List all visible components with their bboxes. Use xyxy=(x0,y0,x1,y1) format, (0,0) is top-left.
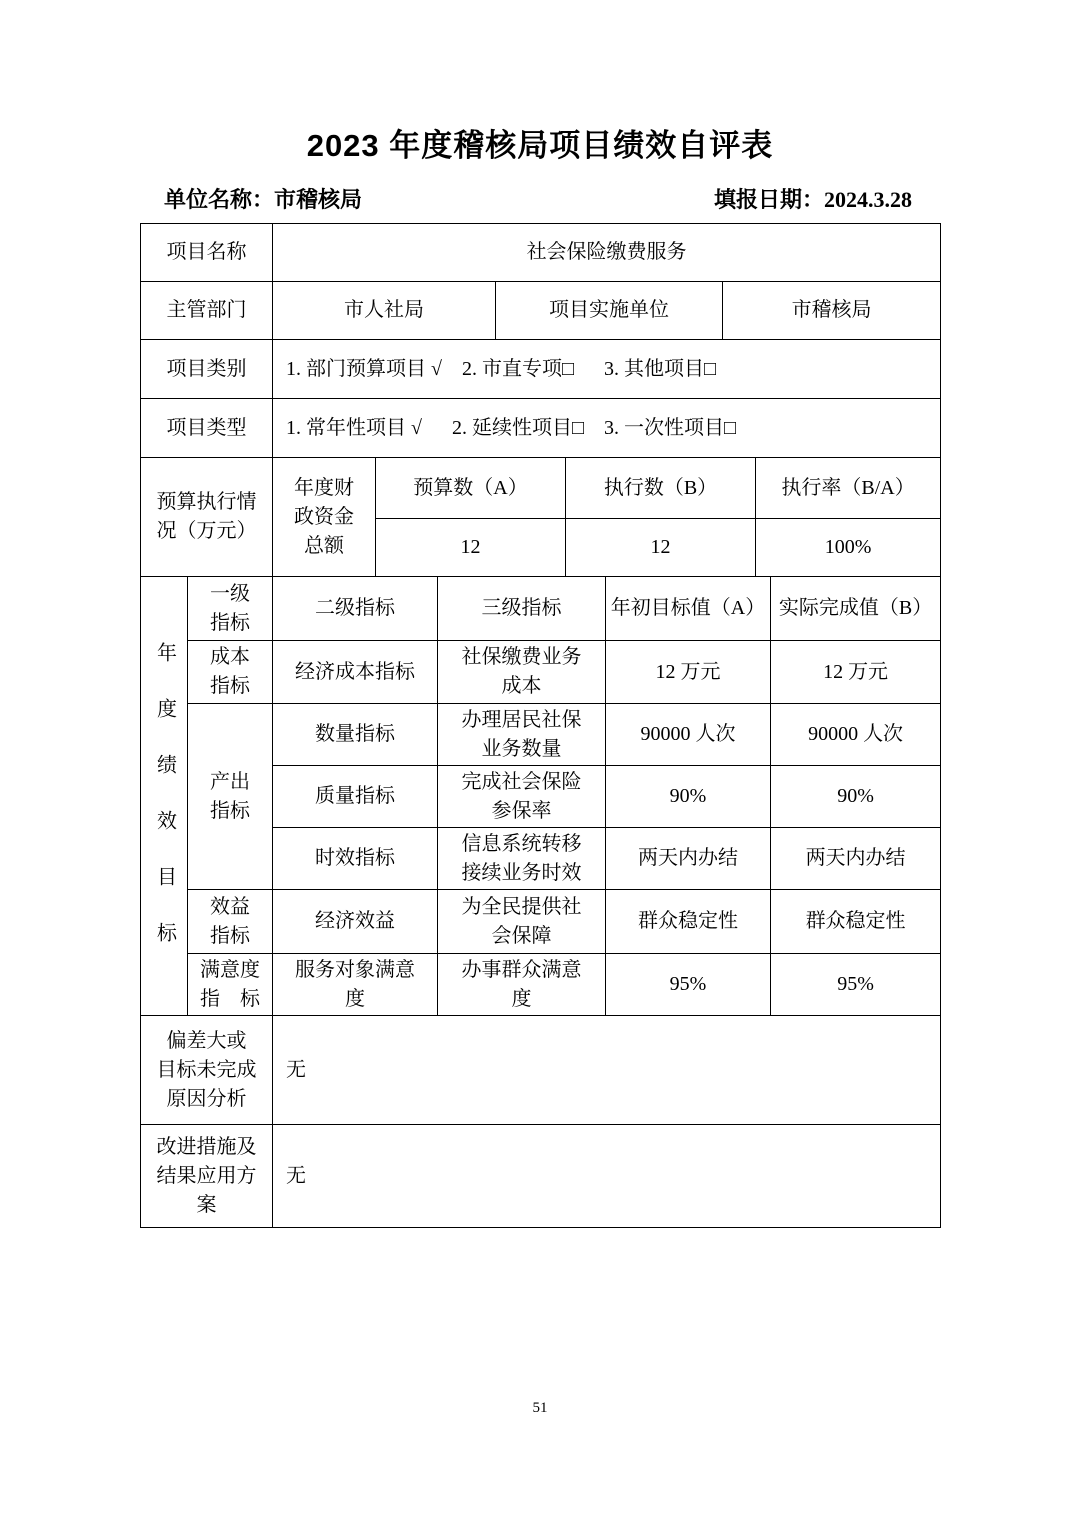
row-quantity-indicator: 产出 指标 数量指标 办理居民社保 业务数量 90000 人次 90000 人次 xyxy=(141,704,941,766)
row-improvement: 改进措施及 结果应用方 案 无 xyxy=(141,1125,941,1228)
header-l2: 二级指标 xyxy=(273,577,438,641)
quality-actual: 90% xyxy=(771,766,941,828)
row-project-name: 项目名称 社会保险缴费服务 xyxy=(141,224,941,282)
annual-side-label: 年度绩效目标 xyxy=(141,577,188,1016)
budget-val-rate: 100% xyxy=(756,519,941,577)
level1-output: 产出 指标 xyxy=(188,704,273,890)
category-label: 项目类别 xyxy=(141,340,273,399)
satisfaction-l3: 办事群众满意 度 xyxy=(438,954,606,1016)
dept-value: 市人社局 xyxy=(273,282,496,340)
budget-col-budget: 预算数（A） xyxy=(376,458,566,519)
satisfaction-target: 95% xyxy=(606,954,771,1016)
level1-cost: 成本 指标 xyxy=(188,641,273,704)
document-content: 2023 年度稽核局项目绩效自评表 单位名称：市稽核局 填报日期：2024.3.… xyxy=(140,0,940,1417)
budget-label: 预算执行情 况（万元） xyxy=(141,458,273,577)
benefit-l3: 为全民提供社 会保障 xyxy=(438,890,606,954)
improvement-label: 改进措施及 结果应用方 案 xyxy=(141,1125,273,1228)
impl-unit-label: 项目实施单位 xyxy=(496,282,723,340)
cost-target: 12 万元 xyxy=(606,641,771,704)
improvement-value: 无 xyxy=(273,1125,941,1228)
timeliness-l3: 信息系统转移 接续业务时效 xyxy=(438,828,606,890)
satisfaction-actual: 95% xyxy=(771,954,941,1016)
level1-benefit: 效益 指标 xyxy=(188,890,273,954)
level1-satisfaction: 满意度 指 标 xyxy=(188,954,273,1016)
quality-l2: 质量指标 xyxy=(273,766,438,828)
timeliness-actual: 两天内办结 xyxy=(771,828,941,890)
project-name-value: 社会保险缴费服务 xyxy=(273,224,941,282)
document-page: 2023 年度稽核局项目绩效自评表 单位名称：市稽核局 填报日期：2024.3.… xyxy=(0,0,1074,1520)
page-number: 51 xyxy=(140,1400,940,1417)
row-category: 项目类别 1. 部门预算项目 √ 2. 市直专项□ 3. 其他项目□ xyxy=(141,340,941,399)
annual-side-label-text: 年度绩效目标 xyxy=(150,642,179,978)
row-departments: 主管部门 市人社局 项目实施单位 市稽核局 xyxy=(141,282,941,340)
timeliness-target: 两天内办结 xyxy=(606,828,771,890)
quantity-l2: 数量指标 xyxy=(273,704,438,766)
quantity-actual: 90000 人次 xyxy=(771,704,941,766)
benefit-actual: 群众稳定性 xyxy=(771,890,941,954)
budget-val-exec: 12 xyxy=(566,519,756,577)
satisfaction-l2: 服务对象满意 度 xyxy=(273,954,438,1016)
evaluation-table: 项目名称 社会保险缴费服务 主管部门 市人社局 项目实施单位 市稽核局 项目类别… xyxy=(140,223,941,1228)
benefit-target: 群众稳定性 xyxy=(606,890,771,954)
budget-val-budget: 12 xyxy=(376,519,566,577)
header-actual: 实际完成值（B） xyxy=(771,577,941,641)
unit-name-label: 单位名称：市稽核局 xyxy=(164,183,362,214)
header-l1: 一级 指标 xyxy=(188,577,273,641)
timeliness-l2: 时效指标 xyxy=(273,828,438,890)
type-options: 1. 常年性项目 √ 2. 延续性项目□ 3. 一次性项目□ xyxy=(273,399,941,458)
benefit-l2: 经济效益 xyxy=(273,890,438,954)
header-l3: 三级指标 xyxy=(438,577,606,641)
quantity-l3: 办理居民社保 业务数量 xyxy=(438,704,606,766)
row-indicator-header: 年度绩效目标 一级 指标 二级指标 三级指标 年初目标值（A） 实际完成值（B） xyxy=(141,577,941,641)
category-options: 1. 部门预算项目 √ 2. 市直专项□ 3. 其他项目□ xyxy=(273,340,941,399)
row-type: 项目类型 1. 常年性项目 √ 2. 延续性项目□ 3. 一次性项目□ xyxy=(141,399,941,458)
cost-l3: 社保缴费业务 成本 xyxy=(438,641,606,704)
budget-col-exec: 执行数（B） xyxy=(566,458,756,519)
quality-l3: 完成社会保险 参保率 xyxy=(438,766,606,828)
page-title: 2023 年度稽核局项目绩效自评表 xyxy=(140,120,940,165)
cost-l2: 经济成本指标 xyxy=(273,641,438,704)
project-name-label: 项目名称 xyxy=(141,224,273,282)
deviation-label: 偏差大或 目标未完成 原因分析 xyxy=(141,1016,273,1125)
deviation-value: 无 xyxy=(273,1016,941,1125)
row-budget-header: 预算执行情 况（万元） 年度财 政资金 总额 预算数（A） 执行数（B） 执行率… xyxy=(141,458,941,519)
quantity-target: 90000 人次 xyxy=(606,704,771,766)
dept-label: 主管部门 xyxy=(141,282,273,340)
header-target: 年初目标值（A） xyxy=(606,577,771,641)
cost-actual: 12 万元 xyxy=(771,641,941,704)
quality-target: 90% xyxy=(606,766,771,828)
subheader: 单位名称：市稽核局 填报日期：2024.3.28 xyxy=(140,183,940,214)
type-label: 项目类型 xyxy=(141,399,273,458)
row-deviation: 偏差大或 目标未完成 原因分析 无 xyxy=(141,1016,941,1125)
budget-col-rate: 执行率（B/A） xyxy=(756,458,941,519)
budget-fund-label: 年度财 政资金 总额 xyxy=(273,458,376,577)
impl-unit-value: 市稽核局 xyxy=(723,282,941,340)
report-date-label: 填报日期：2024.3.28 xyxy=(714,183,912,214)
row-satisfaction-indicator: 满意度 指 标 服务对象满意 度 办事群众满意 度 95% 95% xyxy=(141,954,941,1016)
row-benefit-indicator: 效益 指标 经济效益 为全民提供社 会保障 群众稳定性 群众稳定性 xyxy=(141,890,941,954)
row-cost-indicator: 成本 指标 经济成本指标 社保缴费业务 成本 12 万元 12 万元 xyxy=(141,641,941,704)
